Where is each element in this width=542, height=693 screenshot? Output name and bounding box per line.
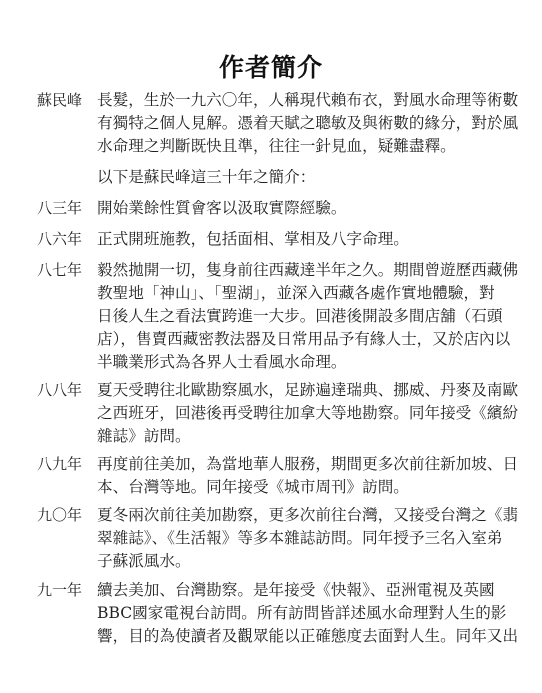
text-line: 毅然拋開一切，隻身前往西藏達半年之久。期間曾遊歷西藏佛 (97, 259, 507, 282)
entry-body: 正式開班施教，包括面相、掌相及八字命理。 (97, 228, 507, 251)
entry-body: 夏天受聘往北歐勘察風水，足跡遍達瑞典、挪威、丹麥及南歐 之西班牙，回港後再受聘往… (97, 379, 507, 448)
text-line: BBC國家電視台訪問。所有訪問皆詳述風水命理對人生的影 (97, 602, 507, 625)
page-title: 作者簡介 (0, 48, 542, 84)
entry-body: 續去美加、台灣勘察。是年接受《快報》、亞洲電視及英國 BBC國家電視台訪問。所有… (97, 579, 507, 648)
text-line: 夏天受聘往北歐勘察風水，足跡遍達瑞典、挪威、丹麥及南歐 (97, 379, 507, 402)
text-line: 半職業形式為各界人士看風水命理。 (97, 351, 507, 374)
entry-label: 八八年 (37, 379, 95, 402)
entry-label: 九一年 (37, 579, 95, 602)
text-line: 子蘇派風水。 (97, 550, 507, 573)
text-line: 之西班牙，回港後再受聘往加拿大等地勘察。同年接受《繽紛 (97, 402, 507, 425)
text-line: 店），售賣西藏密教法器及日常用品予有緣人士，又於店內以 (97, 328, 507, 351)
text-line: 夏冬兩次前往美加勘察，更多次前往台灣，又接受台灣之《翡 (97, 504, 507, 527)
entry-label: 八三年 (37, 197, 95, 220)
entry-label: 蘇民峰 (37, 89, 95, 112)
entry-body: 以下是蘇民峰這三十年之簡介： (97, 166, 507, 189)
text-line: 有獨特之個人見解。憑着天賦之聰敏及與術數的緣分，對於風 (97, 112, 507, 135)
text-line: 日後人生之看法實跨進一大步。回港後開設多間店舖（石頭 (97, 305, 507, 328)
entry-label: 八九年 (37, 453, 95, 476)
entry-label: 八六年 (37, 228, 95, 251)
entry-label: 九〇年 (37, 504, 95, 527)
entry-label: 八七年 (37, 259, 95, 282)
text-line: 正式開班施教，包括面相、掌相及八字命理。 (97, 228, 507, 251)
text-line: 再度前往美加，為當地華人服務，期間更多次前往新加坡、日 (97, 453, 507, 476)
entry-body: 再度前往美加，為當地華人服務，期間更多次前往新加坡、日 本、台灣等地。同年接受《… (97, 453, 507, 499)
text-line: 長髮，生於一九六〇年，人稱現代賴布衣，對風水命理等術數 (97, 89, 507, 112)
entry-body: 長髮，生於一九六〇年，人稱現代賴布衣，對風水命理等術數 有獨特之個人見解。憑着天… (97, 89, 507, 158)
entry-body: 夏冬兩次前往美加勘察，更多次前往台灣，又接受台灣之《翡 翠雜誌》、《生活報》等多… (97, 504, 507, 573)
text-line: 雜誌》訪問。 (97, 425, 507, 448)
text-line: 以下是蘇民峰這三十年之簡介： (97, 166, 507, 189)
text-line: 水命理之判斷既快且準，往往一針見血，疑難盡釋。 (97, 135, 507, 158)
entry-body: 毅然拋開一切，隻身前往西藏達半年之久。期間曾遊歷西藏佛 教聖地「神山」、「聖湖」… (97, 259, 507, 374)
text-line: 開始業餘性質會客以汲取實際經驗。 (97, 197, 507, 220)
text-line: 響，目的為使讀者及觀眾能以正確態度去面對人生。同年又出 (97, 625, 507, 648)
entry-body: 開始業餘性質會客以汲取實際經驗。 (97, 197, 507, 220)
text-line: 續去美加、台灣勘察。是年接受《快報》、亞洲電視及英國 (97, 579, 507, 602)
text-line: 翠雜誌》、《生活報》等多本雜誌訪問。同年授予三名入室弟 (97, 527, 507, 550)
text-line: 教聖地「神山」、「聖湖」，並深入西藏各處作實地體驗，對 (97, 282, 507, 305)
text-line: 本、台灣等地。同年接受《城市周刊》訪問。 (97, 476, 507, 499)
